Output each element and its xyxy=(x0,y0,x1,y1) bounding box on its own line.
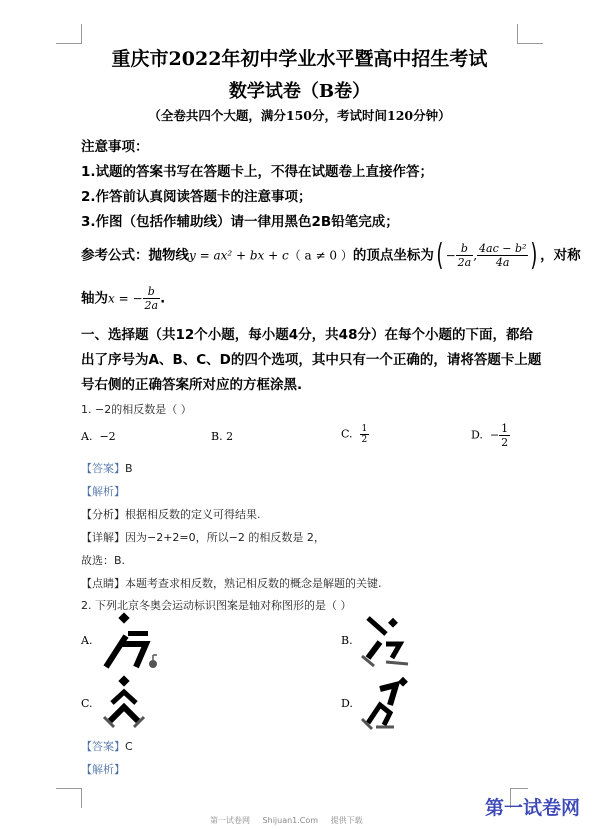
formula-condition: （ a ≠ 0 ） xyxy=(289,249,353,263)
q2-answer: 【答案】C xyxy=(81,738,133,754)
q1-dianjing: 【点睛】本题考查求相反数，熟记相反数的概念是解题的关键. xyxy=(81,575,382,591)
q2-option-a-label: A. xyxy=(81,634,92,647)
q1-choice: 故选：B. xyxy=(81,552,125,568)
left-paren: ( xyxy=(436,238,443,273)
right-paren: ) xyxy=(531,238,538,273)
q1-analysis-tag: 【解析】 xyxy=(81,483,125,499)
notice-heading: 注意事项： xyxy=(81,135,149,155)
formula-prefix: 参考公式：抛物线 xyxy=(81,248,189,264)
q1-option-b: B. 2 xyxy=(211,430,233,443)
q1-xiangjie: 【详解】因为−2+2=0，所以−2 的相反数是 2， xyxy=(81,529,325,545)
formula-mid: 的顶点坐标为 xyxy=(353,248,434,264)
formula-line: 参考公式：抛物线y = ax² + bx + c（ a ≠ 0 ）的顶点坐标为(… xyxy=(81,238,581,273)
q2-option-b-label: B. xyxy=(341,634,353,647)
q1-answer: 【答案】B xyxy=(81,460,133,476)
notice-item-1: 1.试题的答案书写在答题卡上，不得在试题卷上直接作答； xyxy=(81,160,433,180)
q2-option-c-label: C. xyxy=(81,697,93,710)
short-track-pictogram-icon xyxy=(360,675,420,735)
crop-mark-bottom-right-h xyxy=(510,788,528,789)
q1-option-c: C. 12 xyxy=(341,424,369,445)
exam-subtitle: 数学试卷（B卷） xyxy=(0,77,599,103)
section1-line1: 一、选择题（共12个小题，每小题4分，共48分）在每个小题的下面，都给 xyxy=(81,323,533,343)
axis-prefix: 轴为 xyxy=(81,291,108,307)
crop-mark-bottom-left-h xyxy=(56,788,82,789)
footer-text: 第一试卷网 Shijuan1.Com 提供下载 xyxy=(210,815,363,826)
q1-option-a: A. −2 xyxy=(81,430,116,443)
figure-skating-pictogram-icon xyxy=(98,675,158,735)
exam-info: （全卷共四个大题，满分150分，考试时间120分钟） xyxy=(0,106,599,124)
site-watermark: 第一试卷网 xyxy=(485,793,580,820)
q1-fenxi: 【分析】根据相反数的定义可得结果. xyxy=(81,506,261,522)
exam-title: 重庆市2022年初中学业水平暨高中招生考试 xyxy=(0,44,599,71)
axis-equation: x = − xyxy=(108,292,143,306)
crop-mark-bottom-left-v xyxy=(81,788,82,808)
axis-line: 轴为x = −b2a. xyxy=(81,285,165,312)
q2-stem: 2. 下列北京冬奥会运动标识图案是轴对称图形的是（ ） xyxy=(81,597,352,613)
q2-analysis-tag: 【解析】 xyxy=(81,761,125,777)
axis-fraction: b2a xyxy=(143,285,161,312)
speed-skating-pictogram-icon xyxy=(360,612,430,672)
q1-stem: 1. −2的相反数是（ ） xyxy=(81,401,192,417)
q1-option-d: D. −12 xyxy=(471,422,510,449)
section1-line3: 号右侧的正确答案所对应的方框涂黑. xyxy=(81,373,302,393)
crop-mark-top-left-v xyxy=(81,24,82,44)
formula-equation: y = ax² + bx + c xyxy=(189,249,289,263)
crop-mark-top-right-v xyxy=(517,24,518,44)
notice-item-3: 3.作图（包括作辅助线）请一律用黑色2B铅笔完成； xyxy=(81,210,399,230)
notice-item-2: 2.作答前认真阅读答题卡的注意事项； xyxy=(81,185,312,205)
formula-suffix: ，对称 xyxy=(540,248,581,264)
curling-pictogram-icon xyxy=(98,612,168,672)
section1-line2: 出了序号为A、B、C、D的四个选项，其中只有一个正确的，请将答题卡上题 xyxy=(81,348,541,368)
q2-option-d-label: D. xyxy=(341,697,353,710)
vertex-y-fraction: 4ac − b²4a xyxy=(477,242,528,269)
vertex-x-fraction: b2a xyxy=(456,242,474,269)
